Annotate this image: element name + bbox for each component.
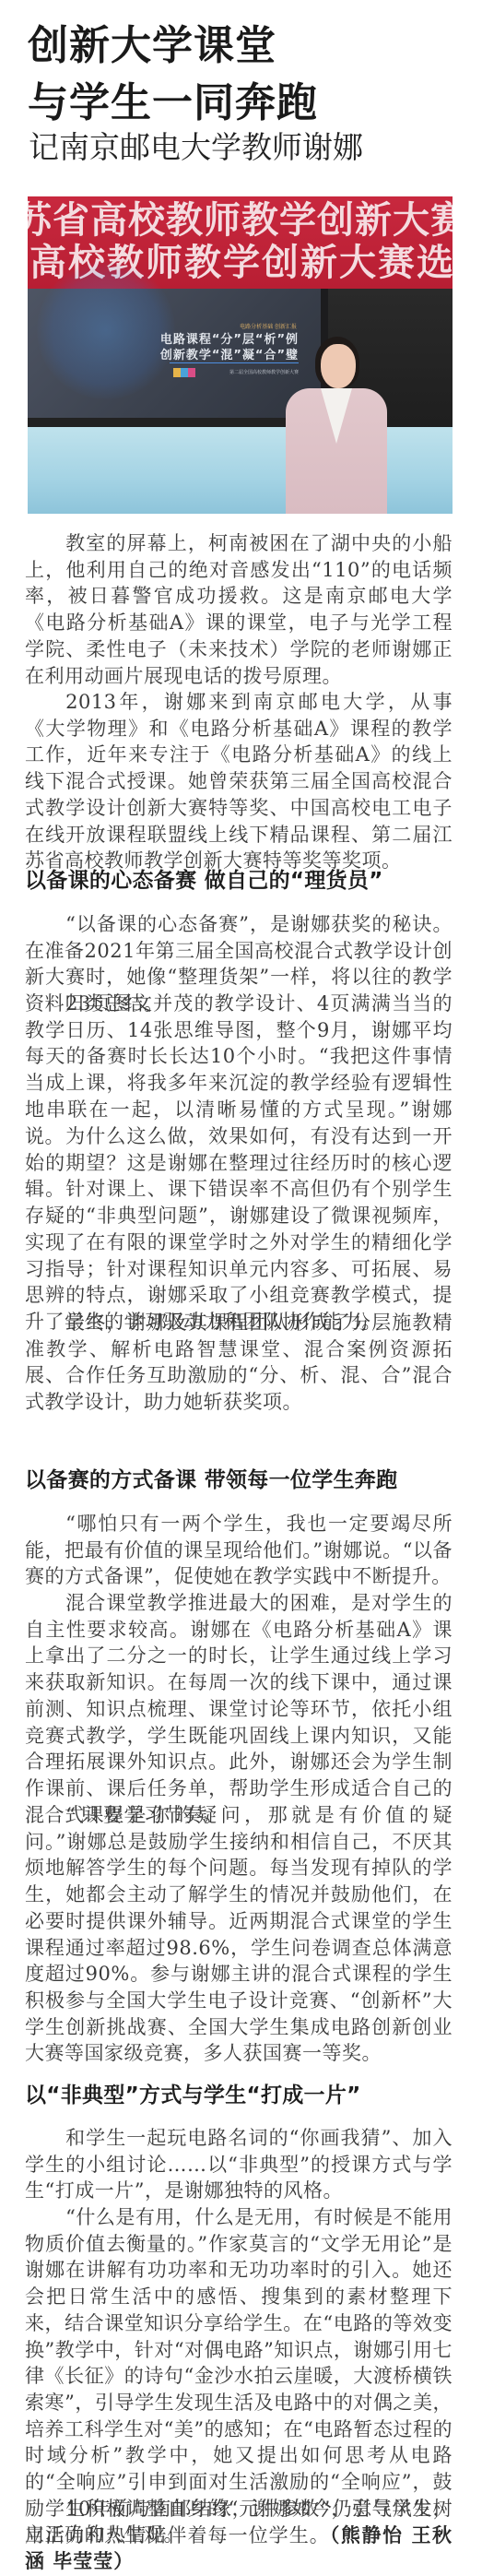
teacher-face <box>321 344 356 388</box>
section-heading-2: 以备赛的方式备课 带领每一位学生奔跑 <box>25 1466 397 1494</box>
paragraph-s2-1: “哪怕只有一两个学生，我也一定要竭尽所能，把最有价值的课呈现给他们。”谢娜说。“… <box>25 1511 453 1590</box>
section-heading-3: 以“非典型”方式与学生“打成一片” <box>25 2082 361 2109</box>
paragraph-s3-3: 10年前与南邮结缘，谢娜如今仍意气风发，用活力和热情陪伴着每一位学生。（熊静怡 … <box>25 2496 453 2575</box>
article-subtitle: 记南京邮电大学教师谢娜 <box>29 129 363 166</box>
paragraph-s3-1: 和学生一起玩电路名词的“你画我猜”、加入学生的小组讨论……以“非典型”的授课方式… <box>25 2125 453 2204</box>
section-heading-1: 以备课的心态备赛 做自己的“理货员” <box>25 867 383 895</box>
paragraph-intro-2: 2013年，谢娜来到南京邮电大学，从事《大学物理》和《电路分析基础A》课程的教学… <box>25 689 453 874</box>
article-title-line-1: 创新大学课堂 <box>28 22 276 70</box>
paragraph-s1-3: 为什么这么做，效果如何，有没有达到一开始的期望？这是谢娜在整理过往经历时的核心逻… <box>25 1123 453 1335</box>
paragraph-s2-2: 混合课堂教学推进最大的困难，是对学生的自主性要求较高。谢娜在《电路分析基础A》课… <box>25 1590 453 1828</box>
blue-wall <box>28 427 453 514</box>
screen-heading-line-2: 创新教学“混”凝“合”璧 <box>160 345 299 362</box>
article-title-line-2: 与学生一同奔跑 <box>28 79 318 127</box>
globe-graphic-icon <box>37 261 175 399</box>
presentation-screen: 电路分析基础 创新汇报 电路课程“分”层“析”例 创新教学“混”凝“合”璧 第二… <box>28 289 328 418</box>
paragraph-intro-1: 教室的屏幕上，柯南被困在了湖中央的小船上，他利用自己的绝对音感发出“110”的电… <box>25 530 453 689</box>
contest-logo-icon <box>173 368 195 377</box>
article-photo: 苏省高校教师教学创新大赛( 高校教师教学创新大赛选拔 电路分析基础 创新汇报 电… <box>28 196 453 514</box>
tv-bezel <box>28 418 321 427</box>
paragraph-s1-4: 最终，谢娜及其课程团队形成了分层施教精准教学、解析电路智慧课堂、混合案例资源拓展… <box>25 1310 453 1416</box>
paragraph-s2-3: “只要是你的疑问，那就是有价值的疑问。”谢娜总是鼓励学生接纳和相信自己，不厌其烦… <box>25 1802 453 2067</box>
screen-footer: 第二届全国高校教师教学创新大赛 <box>229 369 299 375</box>
screen-divider <box>170 362 299 363</box>
